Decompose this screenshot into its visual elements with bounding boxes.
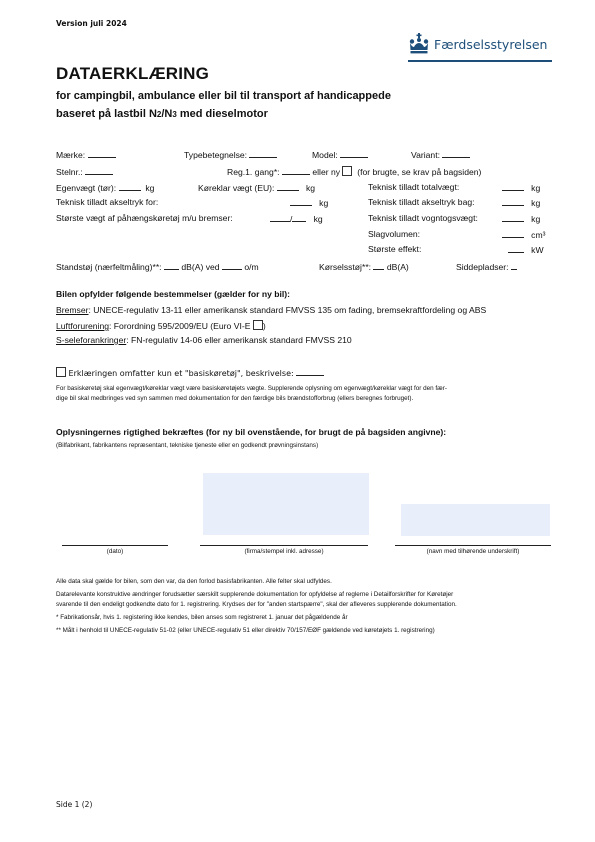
- version-label: Version juli 2024: [56, 19, 127, 28]
- firma-label: (firma/stempel inkl. adresse): [200, 548, 368, 555]
- note-2a: Datarelevante konstruktive ændringer for…: [56, 591, 453, 598]
- subtitle-line-2: baseret på lastbil N2/N3 med dieselmotor: [56, 108, 268, 120]
- koereklar-field: Køreklar vægt (EU): kg: [198, 182, 315, 193]
- crown-icon: [408, 33, 430, 55]
- logo-underline: [408, 60, 552, 62]
- luftforurening-line: Luftforurening: Forordning 595/2009/EU (…: [56, 320, 266, 331]
- paahaeng-value: / kg: [270, 213, 323, 224]
- akseltryk-for-label: Teknisk tilladt akseltryk for:: [56, 197, 158, 207]
- omdrejninger-input[interactable]: [222, 261, 242, 270]
- navn-label: (navn med tilhørende underskrift): [395, 548, 551, 555]
- note-2b: svarende til den endeligt godkendte dato…: [56, 601, 457, 608]
- basis-note-2: dige bil skal medbringes ved syn sammen …: [56, 395, 413, 402]
- siddepladser-field: Siddepladser:: [456, 261, 517, 272]
- egenvaegt-input[interactable]: [119, 182, 141, 191]
- subtitle-line-1: for campingbil, ambulance eller bil til …: [56, 90, 391, 102]
- vogntog-value: kg: [502, 213, 540, 224]
- logo-text: Færdselsstyrelsen: [434, 37, 547, 52]
- bremser-line: Bremser: UNECE-regulativ 13-11 eller ame…: [56, 305, 486, 315]
- maerke-input[interactable]: [88, 149, 116, 158]
- reg1gang-input[interactable]: [282, 166, 310, 175]
- akseltryk-bag-label: Teknisk tilladt akseltryk bag:: [368, 197, 475, 207]
- variant-field: Variant:: [411, 149, 470, 160]
- akseltryk-bag-input[interactable]: [502, 197, 524, 206]
- navn-underskrift-field[interactable]: [401, 504, 550, 536]
- akseltryk-for-input[interactable]: [290, 197, 312, 206]
- basis-line: Erklæringen omfatter kun et "basiskøretø…: [56, 367, 324, 378]
- reg1gang-field: Reg.1. gang*: eller ny (for brugte, se k…: [227, 166, 481, 177]
- page-title: DATAERKLÆRING: [56, 64, 209, 84]
- firma-line: [200, 545, 368, 546]
- effekt-input[interactable]: [508, 244, 524, 253]
- paahaeng-uden-input[interactable]: [292, 213, 306, 222]
- note-fabrikationsaar: * Fabrikationsår, hvis 1. registering ik…: [56, 614, 348, 621]
- egenvaegt-field: Egenvægt (tør): kg: [56, 182, 154, 193]
- dato-label: (dato): [62, 548, 168, 555]
- basis-note-1: For basiskøretøj skal egenvægt/køreklar …: [56, 385, 447, 392]
- ny-checkbox[interactable]: [342, 166, 352, 176]
- firma-stempel-field[interactable]: [203, 473, 369, 535]
- totalvaegt-value: kg: [502, 182, 540, 193]
- slagvolumen-label: Slagvolumen:: [368, 229, 420, 239]
- euro-vi-e-checkbox[interactable]: [253, 320, 263, 330]
- dato-line: [62, 545, 168, 546]
- effekt-label: Største effekt:: [368, 244, 421, 254]
- navn-line: [395, 545, 551, 546]
- maerke-field: Mærke:: [56, 149, 116, 160]
- note-1: Alle data skal gælde for bilen, som den …: [56, 578, 332, 585]
- bestemmelser-heading: Bilen opfylder følgende bestemmelser (gæ…: [56, 289, 290, 299]
- vogntog-label: Teknisk tilladt vogntogsvægt:: [368, 213, 478, 223]
- variant-input[interactable]: [442, 149, 470, 158]
- koerselsstoej-field: Kørselsstøj**: dB(A): [319, 261, 409, 272]
- stelnr-field: Stelnr.:: [56, 166, 113, 177]
- slagvolumen-input[interactable]: [502, 229, 524, 238]
- totalvaegt-label: Teknisk tilladt totalvægt:: [368, 182, 459, 192]
- seleforankringer-line: S-seleforankringer: FN-regulativ 14-06 e…: [56, 335, 352, 345]
- model-input[interactable]: [340, 149, 368, 158]
- paahaeng-label: Største vægt af påhængskøretøj m/u brems…: [56, 213, 233, 223]
- slagvolumen-value: cm³: [502, 229, 546, 240]
- standstoej-input[interactable]: [164, 261, 179, 270]
- effekt-value: kW: [508, 244, 544, 255]
- totalvaegt-input[interactable]: [502, 182, 524, 191]
- note-maalt: ** Målt i henhold til UNECE-regulativ 51…: [56, 627, 435, 634]
- paahaeng-med-input[interactable]: [270, 213, 290, 222]
- vogntog-input[interactable]: [502, 213, 524, 222]
- agency-logo: Færdselsstyrelsen: [408, 33, 552, 63]
- standstoej-field: Standstøj (nærfeltmåling)**: dB(A) ved o…: [56, 261, 259, 272]
- bekraeftelse-heading: Oplysningernes rigtighed bekræftes (for …: [56, 427, 446, 437]
- bekraeftelse-subheading: (Bilfabrikant, fabrikantens repræsentant…: [56, 442, 318, 449]
- stelnr-input[interactable]: [85, 166, 113, 175]
- akseltryk-for-value: kg: [290, 197, 328, 208]
- model-field: Model:: [312, 149, 368, 160]
- koerselsstoej-input[interactable]: [373, 261, 384, 270]
- siddepladser-input[interactable]: [511, 261, 517, 270]
- akseltryk-bag-value: kg: [502, 197, 540, 208]
- typebetegnelse-input[interactable]: [249, 149, 277, 158]
- basis-beskrivelse-input[interactable]: [296, 367, 324, 376]
- basiskoeretoej-checkbox[interactable]: [56, 367, 66, 377]
- koereklar-input[interactable]: [277, 182, 299, 191]
- typebetegnelse-field: Typebetegnelse:: [184, 149, 277, 160]
- page-number: Side 1 (2): [56, 800, 92, 809]
